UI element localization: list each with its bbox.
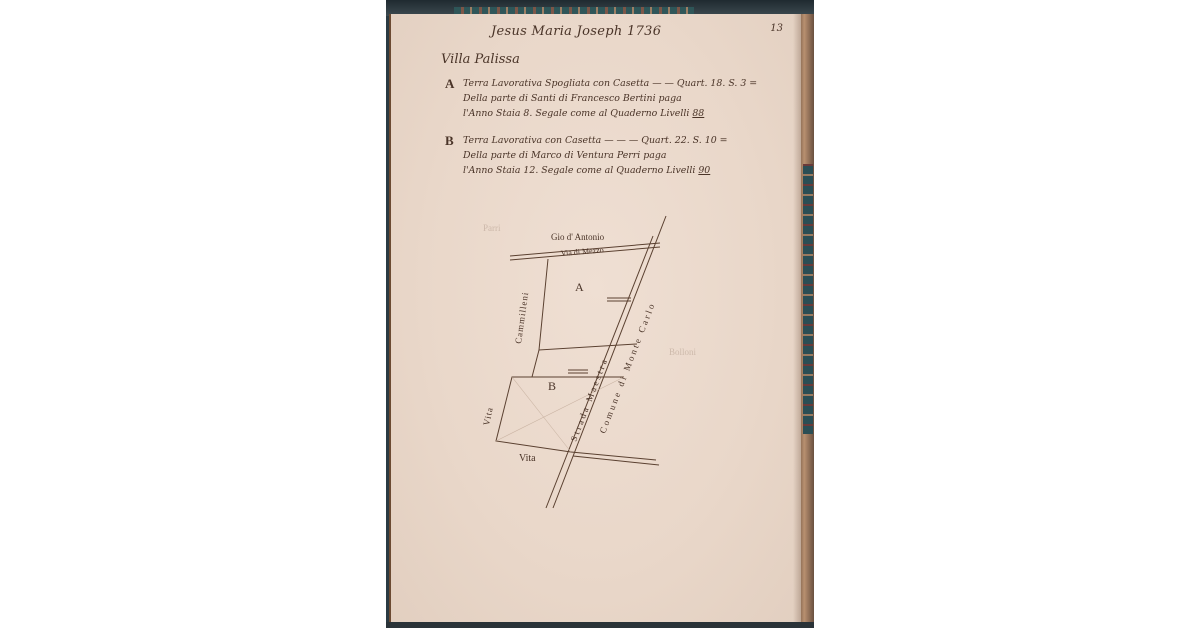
book-cover-right [800, 14, 814, 624]
faint-construction-line [512, 377, 571, 452]
manuscript-page: Jesus Maria Joseph 1736 13 Villa Palissa… [389, 14, 801, 622]
book-scan: Jesus Maria Joseph 1736 13 Villa Palissa… [386, 0, 814, 628]
marbled-edge-right [803, 164, 813, 434]
south-road-line [571, 452, 656, 460]
map-ghost-label-top: Parri [483, 223, 501, 233]
map-label-north-road: Via di Mezzo [560, 245, 604, 258]
map-label-parcel-b: B [548, 379, 556, 393]
south-road-line [573, 456, 659, 465]
map-label-west-lower: Vita [481, 406, 495, 427]
parcel-b-boundary [496, 350, 571, 452]
map-label-south: Vita [519, 453, 536, 464]
map-label-west-upper: Cammilleni [513, 291, 530, 344]
parcel-map: Gio d' Antonio Via di Mezzo A B Cammille… [391, 14, 801, 622]
map-ghost-label-right: Bolloni [669, 347, 697, 357]
map-label-parcel-a: A [575, 280, 584, 294]
parcel-a-boundary [539, 259, 637, 350]
book-bottom-edge [386, 622, 814, 628]
map-label-north-owner: Gio d' Antonio [551, 232, 605, 242]
